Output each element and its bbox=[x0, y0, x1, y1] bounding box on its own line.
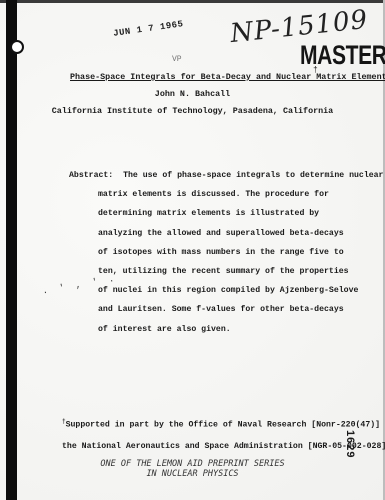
abstract-line: of nuclei in this region compiled by Ajz… bbox=[69, 281, 369, 300]
document-number: 1629 bbox=[344, 430, 356, 458]
abstract-line: of interest are also given. bbox=[69, 320, 369, 339]
abstract: Abstract: The use of phase-space integra… bbox=[69, 166, 369, 339]
footnote: †Supported in part by the Office of Nava… bbox=[62, 411, 385, 457]
series-line: IN NUCLEAR PHYSICS bbox=[0, 469, 385, 479]
paper-title-text: Phase-Space Integrals for Beta-Decay and… bbox=[70, 72, 385, 82]
scan-binding-bar bbox=[6, 0, 17, 500]
author-affiliation: California Institute of Technology, Pasa… bbox=[0, 106, 385, 116]
abstract-line: determining matrix elements is illustrat… bbox=[69, 204, 369, 223]
small-pencil-mark: VP bbox=[172, 55, 182, 64]
series-line: ONE OF THE LEMON AID PREPRINT SERIES bbox=[0, 459, 385, 469]
abstract-line: matrix elements is discussed. The proced… bbox=[69, 185, 369, 204]
footnote-line: †Supported in part by the Office of Nava… bbox=[62, 411, 385, 436]
abstract-label: Abstract: bbox=[69, 171, 113, 180]
abstract-line: Abstract: The use of phase-space integra… bbox=[69, 166, 369, 185]
preprint-series-note: ONE OF THE LEMON AID PREPRINT SERIES IN … bbox=[0, 459, 385, 479]
date-received-stamp: JUN 1 7 1965 bbox=[113, 19, 185, 39]
abstract-line: and Lauritsen. Some f-values for other b… bbox=[69, 300, 369, 319]
author-name: John N. Bahcall bbox=[0, 89, 385, 99]
abstract-line: analyzing the allowed and superallowed b… bbox=[69, 224, 369, 243]
punch-hole-icon bbox=[10, 40, 24, 54]
scanned-page: JUN 1 7 1965 NP-15109 MASTER VP Phase-Sp… bbox=[0, 0, 385, 500]
abstract-line: of isotopes with mass numbers in the ran… bbox=[69, 243, 369, 262]
title-dagger: † bbox=[313, 66, 318, 75]
footnote-line: the National Aeronautics and Space Admin… bbox=[62, 436, 385, 457]
paper-title: Phase-Space Integrals for Beta-Decay and… bbox=[70, 72, 385, 82]
page-top-edge bbox=[0, 0, 385, 3]
